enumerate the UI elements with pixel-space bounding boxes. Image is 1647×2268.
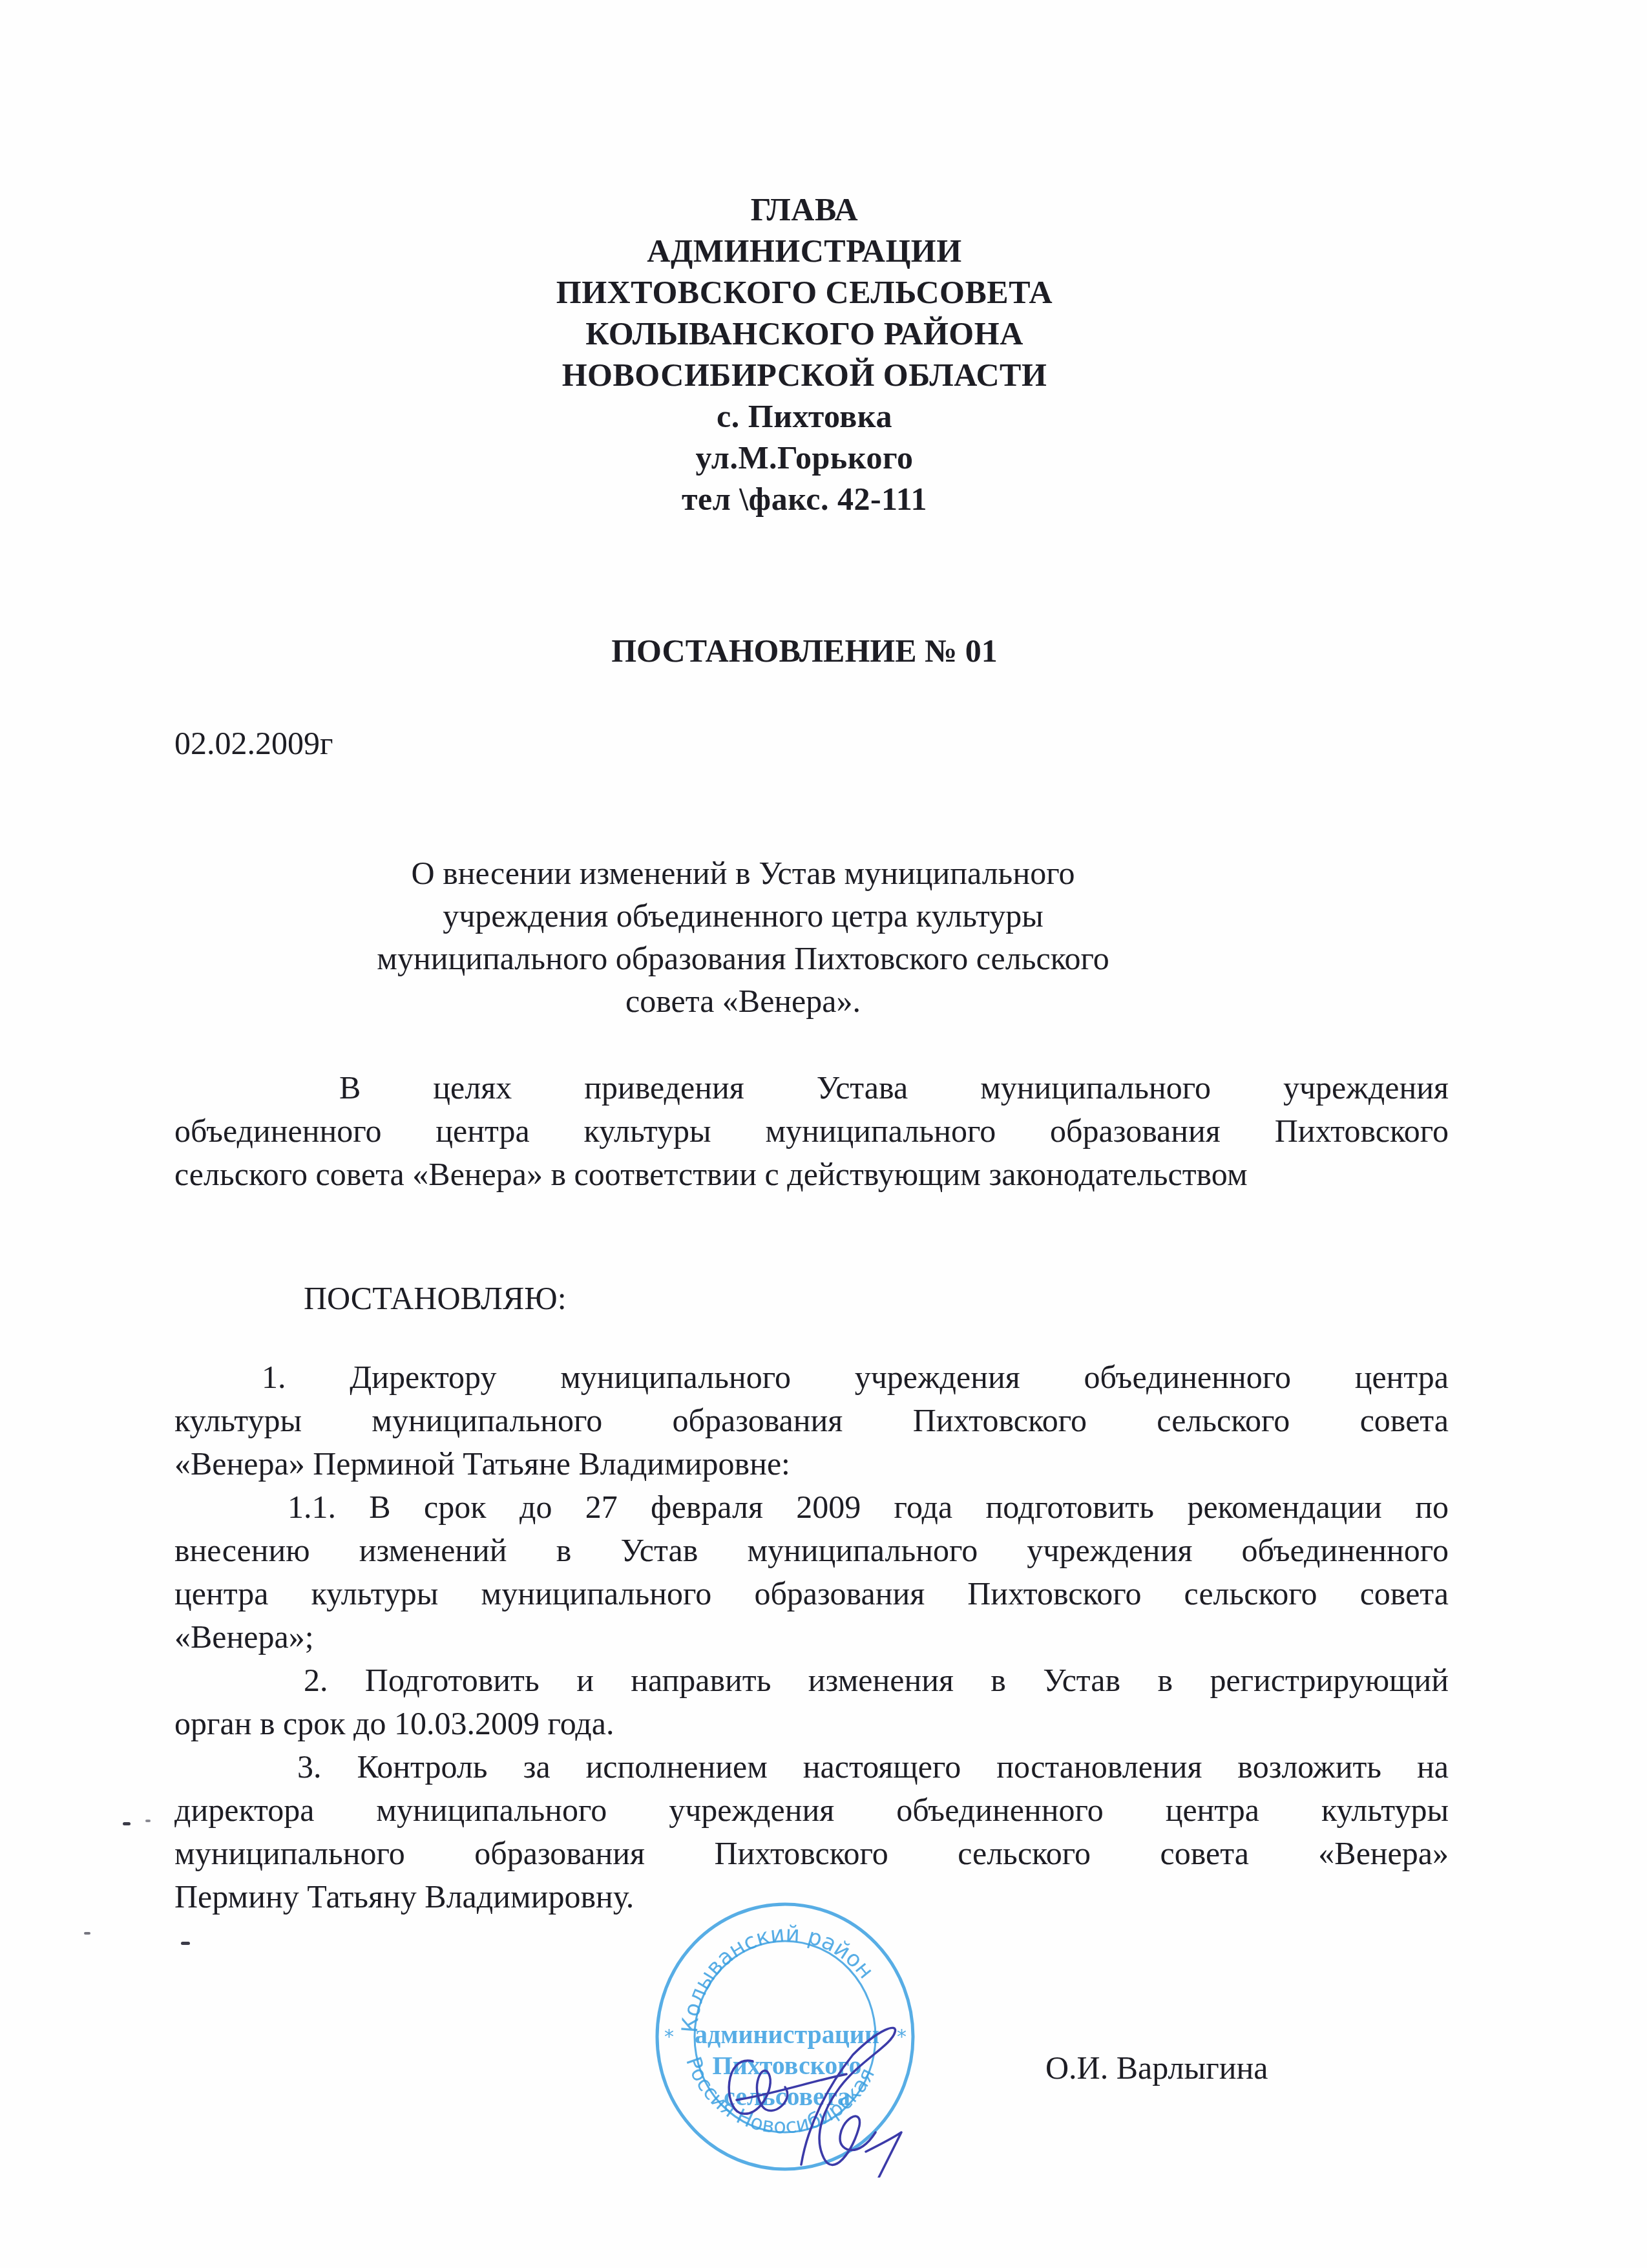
letterhead-line-title: ГЛАВА [0, 189, 1609, 230]
document-title: ПОСТАНОВЛЕНИЕ № 01 [0, 630, 1609, 671]
item-1-1-line: центра культуры муниципального образован… [174, 1572, 1449, 1615]
letterhead-line-administration: АДМИНИСТРАЦИИ [0, 230, 1609, 271]
scan-mark [84, 1932, 90, 1935]
intro-line: объединенного центра культуры муниципаль… [174, 1109, 1449, 1153]
resolution-items: 1. Директору муниципального учреждения о… [174, 1356, 1449, 1918]
letterhead-line-street: ул.М.Горького [0, 437, 1609, 478]
item-1-line: «Венера» Перминой Татьяне Владимировне: [174, 1442, 1449, 1486]
scan-mark [145, 1820, 151, 1822]
stamp-star-right: * [897, 2026, 907, 2048]
document-page: ГЛАВА АДМИНИСТРАЦИИ ПИХТОВСКОГО СЕЛЬСОВЕ… [0, 0, 1647, 2268]
stamp-center-line-1: администрации [695, 2020, 879, 2049]
official-stamp: Колыванский район Россия Новосибирская о… [646, 1893, 924, 2178]
item-2-line: 2. Подготовить и направить изменения в У… [174, 1659, 1449, 1702]
letterhead-line-council: ПИХТОВСКОГО СЕЛЬСОВЕТА [0, 271, 1609, 313]
item-1-1-line: 1.1. В срок до 27 февраля 2009 года подг… [174, 1486, 1449, 1529]
subject-line: муниципального образования Пихтовского с… [304, 937, 1182, 980]
subject-line: совета «Венера». [304, 980, 1182, 1022]
item-1-1-line: внесению изменений в Устав муниципальног… [174, 1529, 1449, 1572]
item-3-line: 3. Контроль за исполнением настоящего по… [174, 1745, 1449, 1789]
stamp-star-left: * [664, 2026, 674, 2048]
intro-paragraph: В целях приведения Устава муниципального… [174, 1066, 1449, 1196]
stamp-outer-text-top: Колыванский район [677, 1921, 879, 2033]
document-date: 02.02.2009г [174, 722, 333, 764]
item-1-1-line: «Венера»; [174, 1615, 1449, 1659]
item-1-line: 1. Директору муниципального учреждения о… [174, 1356, 1449, 1399]
subject-line: учреждения объединенного цетра культуры [304, 894, 1182, 937]
letterhead-line-region: НОВОСИБИРСКОЙ ОБЛАСТИ [0, 354, 1609, 395]
item-2-line: орган в срок до 10.03.2009 года. [174, 1702, 1449, 1745]
letterhead-line-district: КОЛЫВАНСКОГО РАЙОНА [0, 313, 1609, 354]
subject-line: О внесении изменений в Устав муниципальн… [304, 852, 1182, 894]
scan-mark [181, 1942, 190, 1945]
letterhead-line-village: с. Пихтовка [0, 395, 1609, 437]
letterhead-line-phone: тел \факс. 42-111 [0, 478, 1609, 520]
item-1-line: культуры муниципального образования Пихт… [174, 1399, 1449, 1442]
intro-line: сельского совета «Венера» в соответствии… [174, 1153, 1449, 1196]
document-subject: О внесении изменений в Устав муниципальн… [304, 852, 1182, 1022]
letterhead: ГЛАВА АДМИНИСТРАЦИИ ПИХТОВСКОГО СЕЛЬСОВЕ… [0, 189, 1609, 520]
resolve-label: ПОСТАНОВЛЯЮ: [304, 1277, 567, 1320]
item-3-line: директора муниципального учреждения объе… [174, 1789, 1449, 1832]
intro-line: В целях приведения Устава муниципального… [174, 1066, 1449, 1109]
item-3-line: муниципального образования Пихтовского с… [174, 1832, 1449, 1875]
signer-name: О.И. Варлыгина [1045, 2047, 1268, 2088]
scan-mark [123, 1822, 131, 1825]
